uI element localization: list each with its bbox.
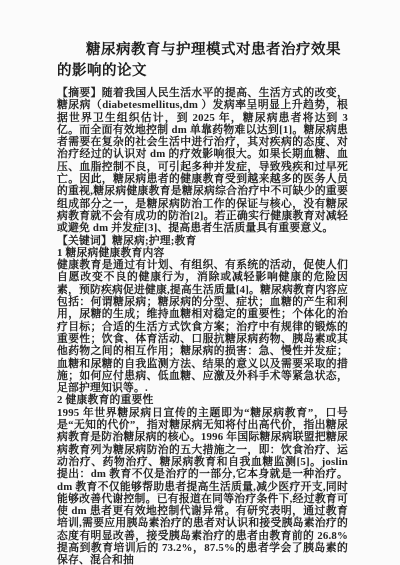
section-1-paragraph: 健康教育是通过有计划、有组织、有系统的活动，促使人们自愿改变不良的健康行为，消除… — [57, 259, 348, 394]
section-2-paragraph: 1995 年世界糖尿病日宣传的主题即为“糖尿病教育”，口号是“无知的代价”，指对… — [57, 407, 348, 565]
document-page: 糖尿病教育与护理模式对患者治疗效果的影响的论文 【摘要】随着我国人民生活水平的提… — [57, 40, 348, 565]
section-1-heading: 1 糖尿病健康教育内容 — [57, 247, 348, 259]
section-2-heading: 2 健康教育的重要性 — [57, 394, 348, 406]
abstract-paragraph: 【摘要】随着我国人民生活水平的提高、生活方式的改变，糖尿病（diabetesme… — [57, 87, 348, 235]
keywords-line: 【关键词】糖尿病;护理;教育 — [57, 235, 348, 247]
paper-title: 糖尿病教育与护理模式对患者治疗效果的影响的论文 — [57, 40, 348, 81]
